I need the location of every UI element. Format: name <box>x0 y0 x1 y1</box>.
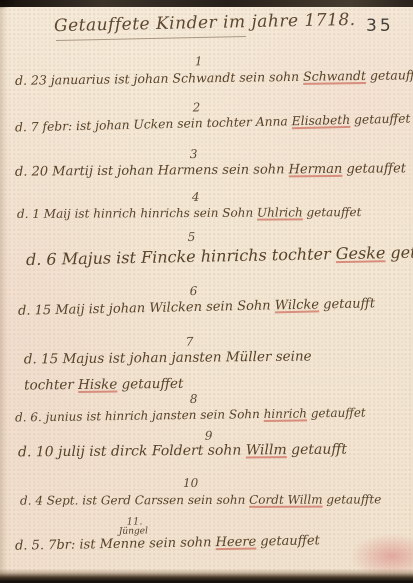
book-top-edge <box>0 0 413 7</box>
entry-text-pre: d. 20 Martij ist johan Harmens sein sohn <box>15 162 289 179</box>
inserted-word: Jüngel <box>119 526 148 537</box>
child-name-underlined: Willm <box>246 442 287 458</box>
entry-number: 5 <box>188 230 196 244</box>
entry-number: 1 <box>195 54 203 68</box>
entry-text-pre: d. 23 januarius ist johan Schwandt sein … <box>15 69 303 88</box>
entry-text-post: getauffte <box>323 492 382 506</box>
entry-text-pre: d. 15 Maij ist johan Wilcken sein Sohn <box>18 298 275 318</box>
entry-text-post: getauffet <box>307 406 366 421</box>
child-name-underlined: hinrich <box>264 406 308 421</box>
entry-text-post: getauffet <box>303 205 362 219</box>
entry-text-pre: d. 5. 7br: ist Menne sein sohn <box>15 535 216 553</box>
entry-text-post: getaufft <box>319 296 375 312</box>
baptism-entry-3: 3 d. 20 Martij ist johan Harmens sein so… <box>15 161 406 179</box>
entry-number: 7 <box>186 329 194 355</box>
child-name-underlined: Heere <box>215 534 256 550</box>
child-name-underlined: Herman <box>289 162 343 177</box>
entry-number: 6 <box>190 284 198 298</box>
baptism-entry-1: 1 d. 23 januarius ist johan Schwandt sei… <box>15 67 413 88</box>
entry-text-pre: d. 6. junius ist hinrich jansten sein So… <box>15 407 264 424</box>
page-title: Getauffete Kinder im jahre 1718. <box>54 10 356 36</box>
entry-number: 3 <box>190 147 198 161</box>
child-name-underlined: Cordt Willm <box>249 493 323 507</box>
child-name-underlined: Uhlrich <box>257 205 303 219</box>
entry-text-pre: d. 7 febr: ist johan Ucken sein tochter … <box>15 114 292 134</box>
entry-number: 2 <box>192 100 200 114</box>
entry-text-pre: d. 10 julij ist dirck Foldert sohn <box>18 442 246 460</box>
title-underline <box>56 36 246 41</box>
entry-text-pre: d. 4 Sept. ist Gerd Carssen sein sohn <box>20 493 249 508</box>
child-name-underlined: Geske <box>336 243 386 263</box>
entry-number: 9 <box>205 429 213 443</box>
baptism-entry-7: 7 d. 15 Majus ist johan jansten Müller s… <box>24 343 312 398</box>
baptism-entry-8: 8 d. 6. junius ist hinrich jansten sein … <box>15 406 366 425</box>
baptism-entry-11: 11. Jüngel d. 5. 7br: ist Menne sein soh… <box>15 533 320 553</box>
entry-text-pre: d. 1 Maij ist hinrich hinrichs sein Sohn <box>17 206 257 221</box>
baptism-entry-9: 9 d. 10 julij ist dirck Foldert sohn Wil… <box>18 442 347 461</box>
entry-text-post: getaufft <box>287 442 347 459</box>
child-name-underlined: Schwandt <box>303 68 366 84</box>
baptism-entry-5: 5 d. 6 Majus ist Fincke hinrichs tochter… <box>26 242 413 269</box>
entry-number: 4 <box>192 190 200 204</box>
entry-text-post: getauffet <box>342 161 406 177</box>
baptism-entry-4: 4 d. 1 Maij ist hinrich hinrichs sein So… <box>17 205 362 221</box>
book-bottom-edge <box>0 569 413 583</box>
child-name-underlined: Hiske <box>78 377 117 393</box>
entry-text-post: getaufft <box>385 242 413 262</box>
entry-text-post: getauffet <box>366 67 413 83</box>
manuscript-page: Getauffete Kinder im jahre 1718. 35 1 d.… <box>0 0 413 583</box>
entry-text-pre: d. 15 Majus ist johan jansten Müller sei… <box>24 348 312 367</box>
entry-text-pre: d. 6 Majus ist Fincke hinrichs tochter <box>26 244 336 269</box>
dark-corner <box>0 0 30 14</box>
entry-text-post: getauffet <box>256 533 320 549</box>
entry-text-post: getauffet <box>117 376 183 393</box>
child-name-underlined: Wilcke <box>275 297 320 313</box>
baptism-entry-2: 2 d. 7 febr: ist johan Ucken sein tochte… <box>15 112 411 135</box>
child-name-underlined: Elisabeth <box>292 113 351 128</box>
page-number: 35 <box>366 16 394 36</box>
baptism-entry-6: 6 d. 15 Maij ist johan Wilcken sein Sohn… <box>18 296 375 318</box>
entry-number: 10 <box>183 476 198 490</box>
entry-text-pre: tochter <box>24 377 78 394</box>
entry-text-post: getauffet <box>350 112 410 127</box>
entry-number: 8 <box>190 392 198 406</box>
baptism-entry-10: 10 d. 4 Sept. ist Gerd Carssen sein sohn… <box>20 492 381 507</box>
